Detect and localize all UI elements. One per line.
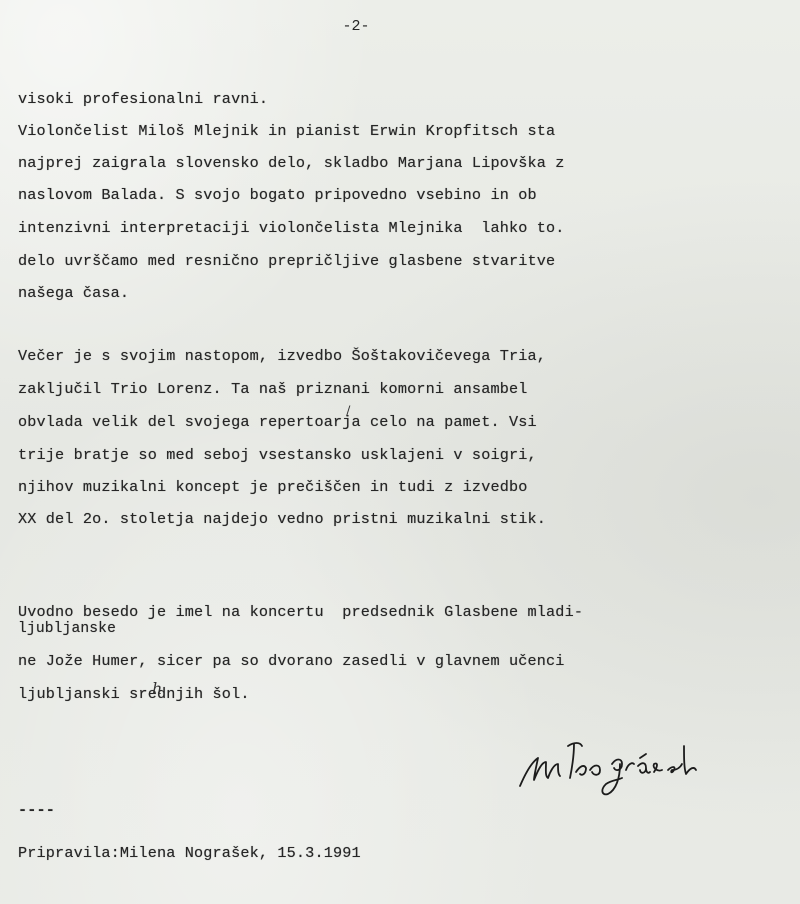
- text-line: Uvodno besedo je imel na koncertu predse…: [18, 603, 583, 621]
- text-line: ljubljanski srednjih šol.: [18, 685, 250, 703]
- text-line: intenzivni interpretaciji violončelista …: [18, 219, 565, 237]
- document-page: -2- visoki profesionalni ravni. Violonče…: [0, 0, 800, 904]
- text-line: delo uvrščamo med resnično prepričljive …: [18, 252, 555, 270]
- text-line: Violončelist Miloš Mlejnik in pianist Er…: [18, 122, 555, 140]
- separator-rule: ----: [18, 801, 55, 819]
- text-line: XX del 2o. stoletja najdejo vedno pristn…: [18, 510, 546, 528]
- text-line: Večer je s svojim nastopom, izvedbo Šošt…: [18, 347, 546, 365]
- text-line: obvlada velik del svojega repertoarja ce…: [18, 413, 537, 431]
- text-line: naslovom Balada. S svojo bogato pripoved…: [18, 186, 537, 204]
- text-line: visoki profesionalni ravni.: [18, 90, 268, 108]
- text-line: ljubljanske: [18, 620, 116, 638]
- text-line: njihov muzikalni koncept je prečiščen in…: [18, 478, 528, 496]
- text-line: zaključil Trio Lorenz. Ta naš priznani k…: [18, 380, 528, 398]
- prepared-by-line: Pripravila:Milena Nograšek, 15.3.1991: [18, 844, 361, 862]
- handwritten-accent-mark: /: [346, 404, 350, 419]
- text-line: našega časa.: [18, 284, 129, 302]
- handwritten-signature: [512, 728, 712, 808]
- handwritten-inserted-letter: h: [152, 679, 162, 698]
- page-number: -2-: [0, 18, 800, 35]
- text-line: ne Jože Humer, sicer pa so dvorano zased…: [18, 652, 565, 670]
- text-line: najprej zaigrala slovensko delo, skladbo…: [18, 154, 565, 172]
- text-line: trije bratje so med seboj vsestansko usk…: [18, 446, 537, 464]
